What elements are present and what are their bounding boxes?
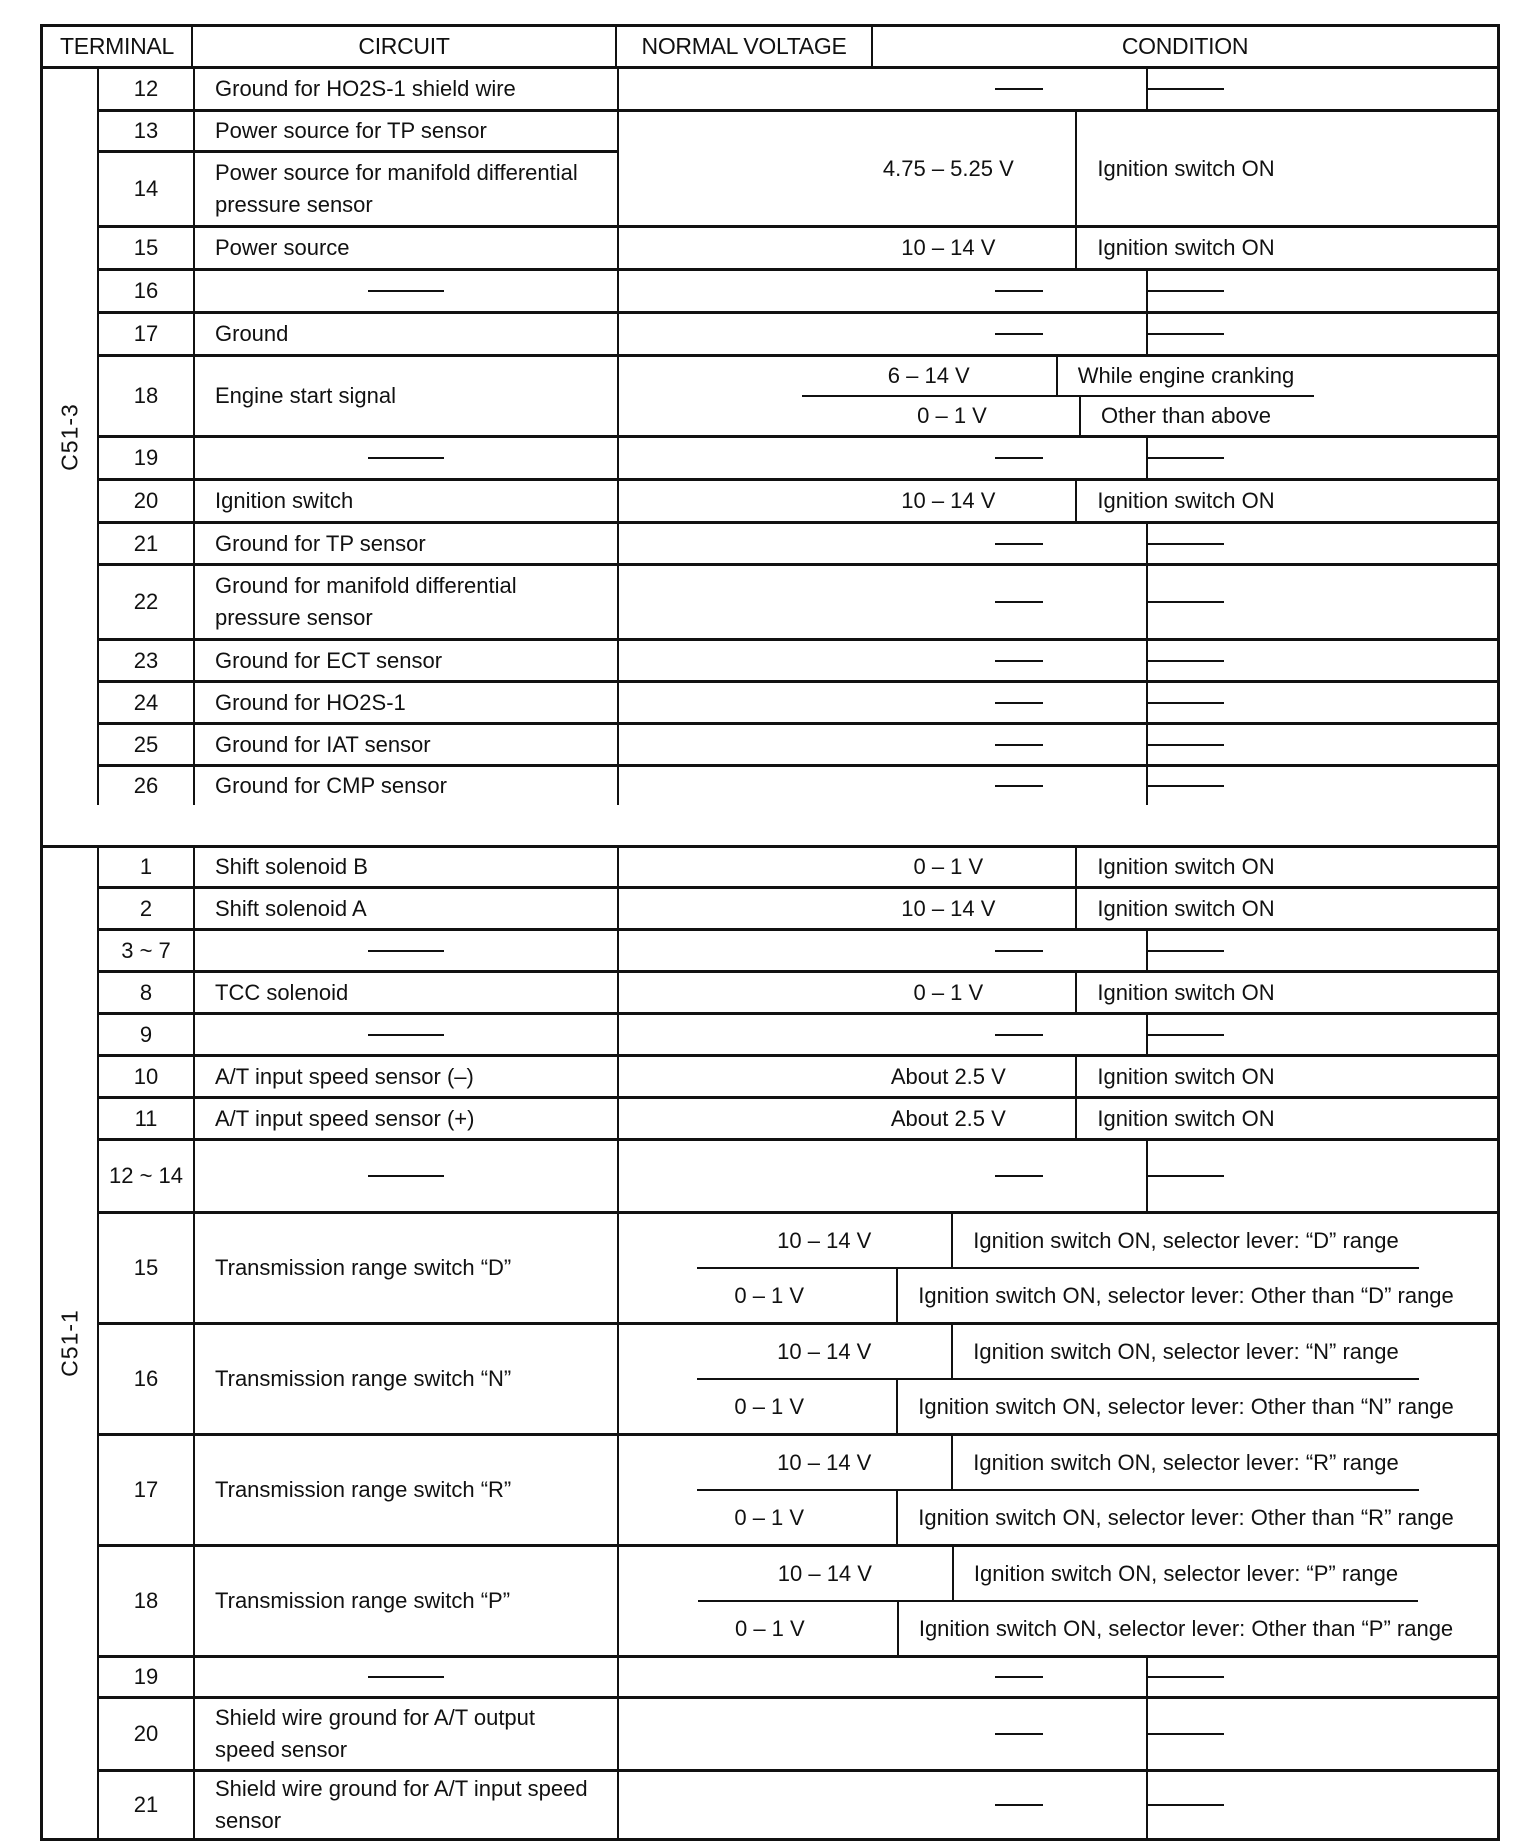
condition: [1148, 1015, 1224, 1054]
terminal-number: 11: [99, 1099, 195, 1138]
circuit-name: [195, 931, 619, 970]
table-row: 15Power source10 – 14 VIgnition switch O…: [99, 228, 1497, 271]
table-row: 8TCC solenoid0 – 1 VIgnition switch ON: [99, 973, 1497, 1015]
condition: Ignition switch ON: [1077, 973, 1294, 1012]
dash-line: [1148, 333, 1224, 335]
normal-voltage: 0 – 1 V: [642, 1491, 898, 1544]
value-row: [892, 767, 1224, 805]
value-row: [892, 931, 1224, 970]
condition: Ignition switch ON: [1077, 1057, 1294, 1096]
table-row: 16: [99, 271, 1497, 314]
table-row: 16Transmission range switch “N”10 – 14 V…: [99, 1325, 1497, 1436]
normal-voltage: 0 – 1 V: [821, 848, 1077, 886]
dash-line: [995, 744, 1043, 746]
circuit-name: Transmission range switch “D”: [195, 1214, 619, 1322]
table-row: 19: [99, 438, 1497, 481]
terminal-number: 12: [99, 69, 195, 109]
terminal-number: 19: [99, 1658, 195, 1696]
terminal-number: 2: [99, 889, 195, 928]
voltage-condition: [619, 524, 1497, 563]
voltage-condition: [619, 271, 1497, 311]
section-separator: [43, 805, 1497, 848]
table-row: 23Ground for ECT sensor: [99, 641, 1497, 683]
circuit-name: Power source for manifold differential p…: [195, 153, 619, 225]
normal-voltage: [892, 725, 1148, 764]
dash-line: [1148, 702, 1224, 704]
terminal-number: 12 ~ 14: [99, 1141, 195, 1211]
terminal-number: 14: [99, 153, 195, 225]
normal-voltage: 6 – 14 V: [802, 357, 1058, 395]
table-row: 19: [99, 1658, 1497, 1699]
value-row: [892, 1699, 1224, 1769]
table-row: 17Transmission range switch “R”10 – 14 V…: [99, 1436, 1497, 1547]
terminal-number: 22: [99, 566, 195, 638]
circuit-name: [195, 271, 619, 311]
normal-voltage: [892, 524, 1148, 563]
value-row: 10 – 14 VIgnition switch ON: [821, 228, 1294, 268]
circuit-name: Ground for HO2S-1 shield wire: [195, 69, 619, 109]
dash-line: [995, 1034, 1043, 1036]
dash-line: [368, 290, 444, 292]
table-row: 21Shield wire ground for A/T input speed…: [99, 1772, 1497, 1838]
circuit-name: [195, 1141, 619, 1211]
voltage-condition: [619, 314, 1497, 354]
value-row: [892, 641, 1224, 680]
table-row: 24Ground for HO2S-1: [99, 683, 1497, 725]
value-row: 10 – 14 VIgnition switch ON: [821, 889, 1294, 928]
table-row: 26Ground for CMP sensor: [99, 767, 1497, 805]
table-row: 1Shift solenoid B0 – 1 VIgnition switch …: [99, 848, 1497, 889]
value-row: [892, 438, 1224, 478]
dash-line: [995, 1733, 1043, 1735]
value-row: [892, 566, 1224, 638]
sub-row: 13Power source for TP sensor: [99, 112, 619, 153]
connector-section: C51-312Ground for HO2S-1 shield wire13Po…: [43, 69, 1497, 805]
circuit-name: [195, 438, 619, 478]
condition: [1148, 1699, 1224, 1769]
row-group: 12Ground for HO2S-1 shield wire13Power s…: [99, 69, 1497, 805]
dash-line: [1148, 1034, 1224, 1036]
normal-voltage: [892, 683, 1148, 722]
condition: [1148, 1658, 1224, 1696]
voltage-condition: [619, 1141, 1497, 1211]
circuit-name: Shield wire ground for A/T input speed s…: [195, 1772, 619, 1838]
dash-line: [1148, 785, 1224, 787]
circuit-name: Ground for CMP sensor: [195, 767, 619, 805]
normal-voltage: 10 – 14 V: [697, 1325, 953, 1378]
value-row: [892, 1658, 1224, 1696]
condition: Ignition switch ON: [1077, 481, 1294, 521]
normal-voltage: [892, 1141, 1148, 1211]
condition: Ignition switch ON, selector lever: Othe…: [898, 1269, 1474, 1322]
normal-voltage: [892, 1772, 1148, 1838]
value-row: 10 – 14 VIgnition switch ON: [821, 481, 1294, 521]
header-condition: CONDITION: [873, 27, 1497, 66]
table-row: 20Ignition switch10 – 14 VIgnition switc…: [99, 481, 1497, 524]
terminal-number: 24: [99, 683, 195, 722]
connector-label: C51-3: [43, 69, 99, 805]
voltage-condition: [619, 683, 1497, 722]
normal-voltage: 0 – 1 V: [643, 1602, 899, 1655]
normal-voltage: [892, 931, 1148, 970]
dash-line: [1148, 543, 1224, 545]
table-row: 2Shift solenoid A10 – 14 VIgnition switc…: [99, 889, 1497, 931]
circuit-name: Shield wire ground for A/T output speed …: [195, 1699, 619, 1769]
normal-voltage: [892, 566, 1148, 638]
normal-voltage: [892, 271, 1148, 311]
value-row: [892, 271, 1224, 311]
value-row: About 2.5 VIgnition switch ON: [821, 1099, 1294, 1138]
value-row: 10 – 14 VIgnition switch ON, selector le…: [697, 1325, 1419, 1380]
value-row: 0 – 1 VIgnition switch ON: [821, 848, 1294, 886]
connector-name: C51-3: [57, 403, 84, 471]
value-row: [892, 524, 1224, 563]
normal-voltage: 0 – 1 V: [821, 973, 1077, 1012]
dash-line: [1148, 950, 1224, 952]
dash-line: [995, 1804, 1043, 1806]
dash-line: [995, 660, 1043, 662]
normal-voltage: 10 – 14 V: [821, 481, 1077, 521]
normal-voltage: [892, 1015, 1148, 1054]
terminal-number: 17: [99, 1436, 195, 1544]
value-row: 0 – 1 VIgnition switch ON, selector leve…: [643, 1602, 1473, 1655]
voltage-condition: 6 – 14 VWhile engine cranking0 – 1 VOthe…: [619, 357, 1497, 435]
dash-line: [995, 290, 1043, 292]
circuit-name: [195, 1015, 619, 1054]
normal-voltage: [892, 767, 1148, 805]
normal-voltage: 0 – 1 V: [825, 397, 1081, 435]
table-row: 13Power source for TP sensor14Power sour…: [99, 112, 1497, 228]
dash-line: [995, 457, 1043, 459]
dash-line: [368, 1676, 444, 1678]
condition: While engine cranking: [1058, 357, 1314, 395]
value-row: 0 – 1 VIgnition switch ON, selector leve…: [642, 1491, 1474, 1544]
condition: Ignition switch ON: [1077, 112, 1294, 225]
dash-line: [368, 1034, 444, 1036]
voltage-condition: [619, 1772, 1497, 1838]
voltage-condition: About 2.5 VIgnition switch ON: [619, 1057, 1497, 1096]
voltage-condition: [619, 1658, 1497, 1696]
terminal-number: 25: [99, 725, 195, 764]
condition: Ignition switch ON: [1077, 889, 1294, 928]
condition: [1148, 1772, 1224, 1838]
value-row: [892, 69, 1224, 109]
condition: Ignition switch ON, selector lever: Othe…: [899, 1602, 1473, 1655]
normal-voltage: [892, 1699, 1148, 1769]
normal-voltage: 0 – 1 V: [642, 1269, 898, 1322]
condition: Ignition switch ON: [1077, 1099, 1294, 1138]
circuit-name: Ground for ECT sensor: [195, 641, 619, 680]
normal-voltage: 4.75 – 5.25 V: [821, 112, 1077, 225]
value-row: [892, 1772, 1224, 1838]
value-row: 0 – 1 VIgnition switch ON, selector leve…: [642, 1380, 1474, 1433]
value-row: 4.75 – 5.25 VIgnition switch ON: [821, 112, 1294, 225]
terminal-number: 10: [99, 1057, 195, 1096]
voltage-condition: 10 – 14 VIgnition switch ON: [619, 889, 1497, 928]
value-row: 0 – 1 VIgnition switch ON, selector leve…: [642, 1269, 1474, 1322]
dash-line: [1148, 660, 1224, 662]
table-row: 18Engine start signal6 – 14 VWhile engin…: [99, 357, 1497, 438]
header-terminal: TERMINAL: [43, 27, 193, 66]
voltage-condition: About 2.5 VIgnition switch ON: [619, 1099, 1497, 1138]
table-row: 21Ground for TP sensor: [99, 524, 1497, 566]
normal-voltage: [892, 438, 1148, 478]
condition: [1148, 314, 1224, 354]
normal-voltage: [892, 1658, 1148, 1696]
dash-line: [368, 457, 444, 459]
circuit-name: Ground for TP sensor: [195, 524, 619, 563]
terminal-number: 21: [99, 1772, 195, 1838]
condition: [1148, 69, 1224, 109]
condition: Ignition switch ON, selector lever: “D” …: [953, 1214, 1419, 1267]
merged-rows: 13Power source for TP sensor14Power sour…: [99, 112, 619, 225]
value-row: 0 – 1 VIgnition switch ON: [821, 973, 1294, 1012]
terminal-number: 16: [99, 1325, 195, 1433]
normal-voltage: 10 – 14 V: [698, 1547, 954, 1600]
dash-line: [995, 702, 1043, 704]
terminal-number: 17: [99, 314, 195, 354]
condition: Ignition switch ON: [1077, 228, 1294, 268]
table-row: 3 ~ 7: [99, 931, 1497, 973]
normal-voltage: About 2.5 V: [821, 1099, 1077, 1138]
dash-line: [1148, 457, 1224, 459]
dash-line: [1148, 744, 1224, 746]
table-row: 12 ~ 14: [99, 1141, 1497, 1214]
condition: [1148, 1141, 1224, 1211]
row-group: 1Shift solenoid B0 – 1 VIgnition switch …: [99, 848, 1497, 1838]
condition: Ignition switch ON, selector lever: “N” …: [953, 1325, 1419, 1378]
dash-line: [995, 543, 1043, 545]
dash-line: [1148, 1175, 1224, 1177]
circuit-name: Ground for manifold differential pressur…: [195, 566, 619, 638]
terminal-number: 20: [99, 481, 195, 521]
table-row: 9: [99, 1015, 1497, 1057]
dash-line: [1148, 88, 1224, 90]
header-circuit: CIRCUIT: [193, 27, 617, 66]
circuit-name: Ground for IAT sensor: [195, 725, 619, 764]
dash-line: [368, 1175, 444, 1177]
condition: Ignition switch ON, selector lever: Othe…: [898, 1380, 1474, 1433]
voltage-condition: [619, 1015, 1497, 1054]
condition: Ignition switch ON, selector lever: “P” …: [954, 1547, 1418, 1600]
terminal-number: 15: [99, 228, 195, 268]
voltage-condition: 10 – 14 VIgnition switch ON: [619, 228, 1497, 268]
voltage-condition: 10 – 14 VIgnition switch ON, selector le…: [619, 1325, 1497, 1433]
circuit-name: Engine start signal: [195, 357, 619, 435]
dash-line: [995, 601, 1043, 603]
connector-section: C51-11Shift solenoid B0 – 1 VIgnition sw…: [43, 848, 1497, 1838]
voltage-condition: 4.75 – 5.25 VIgnition switch ON: [619, 112, 1497, 225]
value-row: [892, 725, 1224, 764]
dash-line: [995, 1676, 1043, 1678]
condition: [1148, 438, 1224, 478]
normal-voltage: 10 – 14 V: [821, 228, 1077, 268]
sub-row: 14Power source for manifold differential…: [99, 153, 619, 225]
connector-label: C51-1: [43, 848, 99, 1838]
dash-line: [995, 950, 1043, 952]
condition: [1148, 271, 1224, 311]
voltage-condition: 10 – 14 VIgnition switch ON, selector le…: [619, 1436, 1497, 1544]
circuit-name: Power source for TP sensor: [195, 112, 619, 150]
dash-line: [1148, 601, 1224, 603]
dash-line: [995, 785, 1043, 787]
table-row: 17Ground: [99, 314, 1497, 357]
terminal-number: 23: [99, 641, 195, 680]
terminal-number: 20: [99, 1699, 195, 1769]
value-row: 10 – 14 VIgnition switch ON, selector le…: [697, 1436, 1419, 1491]
dash-line: [1148, 290, 1224, 292]
condition: [1148, 931, 1224, 970]
table-row: 11A/T input speed sensor (+)About 2.5 VI…: [99, 1099, 1497, 1141]
condition: [1148, 725, 1224, 764]
terminal-number: 21: [99, 524, 195, 563]
normal-voltage: [892, 641, 1148, 680]
dash-line: [995, 88, 1043, 90]
voltage-condition: 10 – 14 VIgnition switch ON, selector le…: [619, 1547, 1497, 1655]
voltage-condition: 0 – 1 VIgnition switch ON: [619, 973, 1497, 1012]
circuit-name: Transmission range switch “N”: [195, 1325, 619, 1433]
normal-voltage: [892, 69, 1148, 109]
circuit-name: Shift solenoid B: [195, 848, 619, 886]
voltage-condition: 0 – 1 VIgnition switch ON: [619, 848, 1497, 886]
voltage-condition: 10 – 14 VIgnition switch ON, selector le…: [619, 1214, 1497, 1322]
voltage-condition: 10 – 14 VIgnition switch ON: [619, 481, 1497, 521]
normal-voltage: 10 – 14 V: [821, 889, 1077, 928]
terminal-number: 19: [99, 438, 195, 478]
terminal-number: 15: [99, 1214, 195, 1322]
value-row: [892, 1141, 1224, 1211]
normal-voltage: 10 – 14 V: [697, 1436, 953, 1489]
terminal-number: 18: [99, 1547, 195, 1655]
circuit-name: [195, 1658, 619, 1696]
condition: Ignition switch ON, selector lever: Othe…: [898, 1491, 1474, 1544]
condition: [1148, 767, 1224, 805]
condition: [1148, 524, 1224, 563]
voltage-condition: [619, 1699, 1497, 1769]
value-row: [892, 1015, 1224, 1054]
dash-line: [368, 950, 444, 952]
terminal-table: TERMINAL CIRCUIT NORMAL VOLTAGE CONDITIO…: [40, 24, 1500, 1841]
header-voltage: NORMAL VOLTAGE: [617, 27, 873, 66]
terminal-number: 16: [99, 271, 195, 311]
voltage-condition: [619, 566, 1497, 638]
circuit-name: Power source: [195, 228, 619, 268]
terminal-number: 1: [99, 848, 195, 886]
value-row: 10 – 14 VIgnition switch ON, selector le…: [697, 1214, 1419, 1269]
table-header: TERMINAL CIRCUIT NORMAL VOLTAGE CONDITIO…: [43, 27, 1497, 69]
terminal-number: 9: [99, 1015, 195, 1054]
dash-line: [1148, 1804, 1224, 1806]
terminal-number: 3 ~ 7: [99, 931, 195, 970]
circuit-name: Shift solenoid A: [195, 889, 619, 928]
terminal-number: 18: [99, 357, 195, 435]
value-row: [892, 683, 1224, 722]
normal-voltage: 10 – 14 V: [697, 1214, 953, 1267]
terminal-number: 8: [99, 973, 195, 1012]
voltage-condition: [619, 438, 1497, 478]
voltage-condition: [619, 641, 1497, 680]
circuit-name: Transmission range switch “P”: [195, 1547, 619, 1655]
terminal-number: 13: [99, 112, 195, 150]
table-row: 20Shield wire ground for A/T output spee…: [99, 1699, 1497, 1772]
value-row: [892, 314, 1224, 354]
dash-line: [1148, 1733, 1224, 1735]
normal-voltage: [892, 314, 1148, 354]
value-row: 0 – 1 VOther than above: [825, 397, 1291, 435]
voltage-condition: [619, 931, 1497, 970]
connector-name: C51-1: [57, 1309, 84, 1377]
circuit-name: Ground: [195, 314, 619, 354]
circuit-name: Transmission range switch “R”: [195, 1436, 619, 1544]
normal-voltage: 0 – 1 V: [642, 1380, 898, 1433]
dash-line: [995, 1175, 1043, 1177]
dash-line: [995, 333, 1043, 335]
table-row: 18Transmission range switch “P”10 – 14 V…: [99, 1547, 1497, 1658]
table-row: 22Ground for manifold differential press…: [99, 566, 1497, 641]
voltage-condition: [619, 69, 1497, 109]
condition: Other than above: [1081, 397, 1291, 435]
circuit-name: Ignition switch: [195, 481, 619, 521]
terminal-number: 26: [99, 767, 195, 805]
value-row: About 2.5 VIgnition switch ON: [821, 1057, 1294, 1096]
condition: [1148, 641, 1224, 680]
condition: Ignition switch ON: [1077, 848, 1294, 886]
table-row: 12Ground for HO2S-1 shield wire: [99, 69, 1497, 112]
normal-voltage: About 2.5 V: [821, 1057, 1077, 1096]
circuit-name: A/T input speed sensor (+): [195, 1099, 619, 1138]
condition: [1148, 683, 1224, 722]
voltage-condition: [619, 725, 1497, 764]
table-row: 25Ground for IAT sensor: [99, 725, 1497, 767]
table-row: 15Transmission range switch “D”10 – 14 V…: [99, 1214, 1497, 1325]
circuit-name: TCC solenoid: [195, 973, 619, 1012]
dash-line: [1148, 1676, 1224, 1678]
value-row: 6 – 14 VWhile engine cranking: [802, 357, 1314, 397]
voltage-condition: [619, 767, 1497, 805]
table-row: 10A/T input speed sensor (–)About 2.5 VI…: [99, 1057, 1497, 1099]
circuit-name: A/T input speed sensor (–): [195, 1057, 619, 1096]
condition: [1148, 566, 1224, 638]
condition: Ignition switch ON, selector lever: “R” …: [953, 1436, 1419, 1489]
value-row: 10 – 14 VIgnition switch ON, selector le…: [698, 1547, 1418, 1602]
circuit-name: Ground for HO2S-1: [195, 683, 619, 722]
